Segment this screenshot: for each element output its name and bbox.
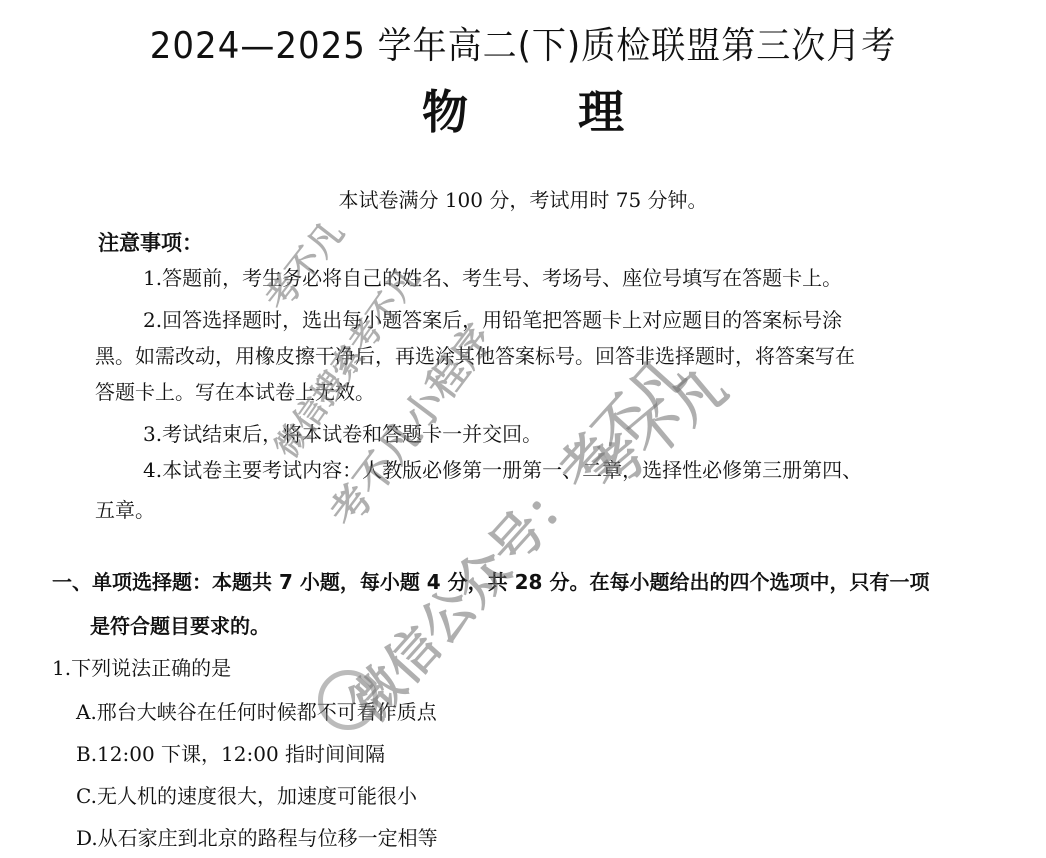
notice-item-1: 1.答题前，考生务必将自己的姓名、考生号、考场号、座位号填写在答题卡上。 (143, 264, 842, 292)
question-1-option-d: D.从石家庄到北京的路程与位移一定相等 (76, 824, 438, 852)
section-one-heading-cont: 是符合题目要求的。 (90, 612, 270, 640)
exam-page: 2024—2025 学年高二(下)质检联盟第三次月考 物理 本试卷满分 100 … (0, 0, 1046, 858)
subject-title: 物理 (0, 76, 1046, 142)
notice-item-4-cont: 五章。 (95, 496, 155, 524)
question-1-stem: 1.下列说法正确的是 (52, 654, 231, 682)
notice-item-3: 3.考试结束后，将本试卷和答题卡一并交回。 (143, 420, 542, 448)
notice-item-2-cont-1: 黑。如需改动，用橡皮擦干净后，再选涂其他答案标号。回答非选择题时，将答案写在 (95, 342, 855, 370)
watermark-wechat-icon (318, 670, 378, 730)
watermark-4: 微信公众号：考不凡 (329, 337, 698, 735)
notice-heading: 注意事项： (98, 227, 203, 257)
exam-title: 2024—2025 学年高二(下)质检联盟第三次月考 (0, 16, 1046, 69)
exam-info: 本试卷满分 100 分，考试用时 75 分钟。 (0, 184, 1046, 213)
section-one-heading: 一、单项选择题：本题共 7 小题，每小题 4 分，共 28 分。在每小题给出的四… (52, 568, 929, 596)
notice-item-2: 2.回答选择题时，选出每小题答案后，用铅笔把答题卡上对应题目的答案标号涂 (143, 306, 842, 334)
question-1-option-a: A.邢台大峡谷在任何时候都不可看作质点 (76, 698, 437, 726)
subject-char-1: 物 (422, 76, 468, 142)
notice-item-2-cont-2: 答题卡上。写在本试卷上无效。 (95, 378, 375, 406)
subject-char-2: 理 (578, 76, 624, 142)
question-1-option-c: C.无人机的速度很大，加速度可能很小 (76, 782, 417, 810)
question-1-option-b: B.12:00 下课，12:00 指时间间隔 (76, 740, 385, 768)
notice-item-4: 4.本试卷主要考试内容：人教版必修第一册第一、二章，选择性必修第三册第四、 (143, 456, 862, 484)
